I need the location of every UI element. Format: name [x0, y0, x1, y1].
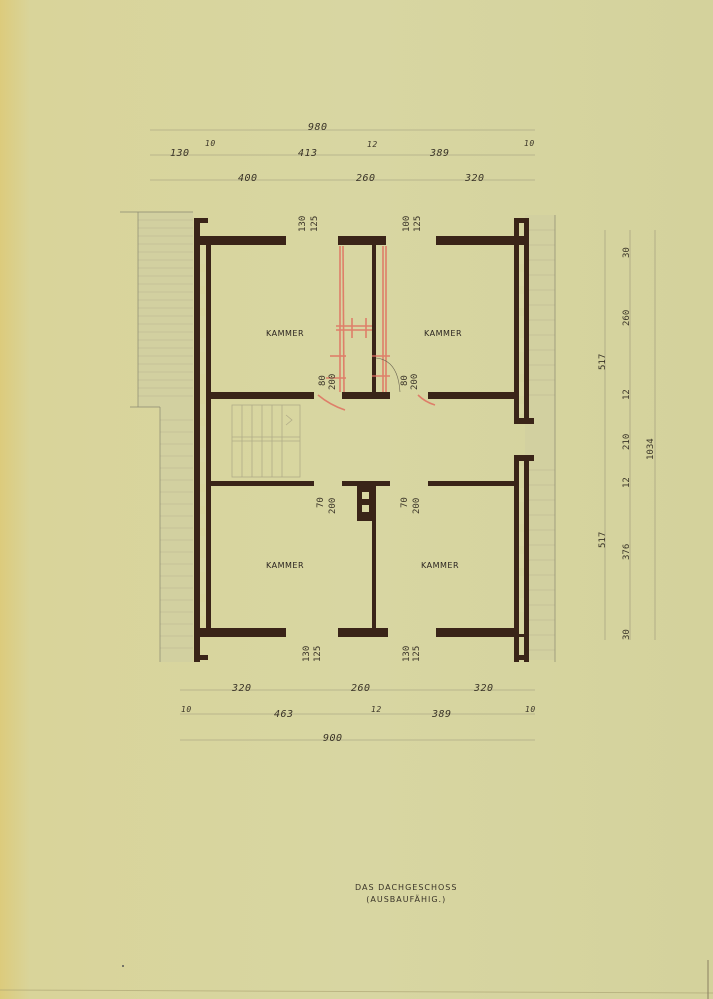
bottom-overall-dimension: 900: [323, 733, 343, 744]
bottom-dim-463: 463: [274, 709, 294, 720]
window-dim-top-right-a: 100: [402, 216, 412, 232]
bottom-dim-320-left: 320: [232, 683, 252, 694]
floor-plan-sheet: 980 130 10 413 12 389 10 400 260 320 130…: [0, 0, 713, 999]
window-dim-bottom-left-a: 130: [302, 646, 312, 662]
right-dim-517-top: 517: [598, 354, 608, 370]
door-dim-upper-right-a: 80: [400, 375, 410, 386]
window-dim-top-left-b: 125: [310, 216, 320, 232]
right-dim-260: 260: [622, 310, 632, 326]
bottom-dim-260: 260: [351, 683, 371, 694]
right-wall-windows: [519, 250, 524, 634]
room-label-lower-left: KAMMER: [266, 561, 304, 570]
left-eave-hatch: [120, 212, 193, 662]
door-dim-lower-left-b: 200: [328, 498, 338, 514]
top-dim-12: 12: [367, 140, 378, 149]
bottom-dim-10-left: 10: [181, 705, 192, 714]
left-wall-windows: [200, 250, 205, 616]
right-eave-hatch: [525, 215, 555, 662]
top-dim-10-left: 10: [205, 139, 216, 148]
top-dim-400: 400: [238, 173, 258, 184]
bottom-dim-320-right: 320: [474, 683, 494, 694]
bottom-dim-12: 12: [371, 705, 382, 714]
room-label-upper-right: KAMMER: [424, 329, 462, 338]
room-label-lower-right: KAMMER: [421, 561, 459, 570]
bottom-dim-10-right: 10: [525, 705, 536, 714]
top-dim-10-right: 10: [524, 139, 535, 148]
window-dim-top-left-a: 130: [298, 216, 308, 232]
door-dim-upper-left-a: 80: [318, 375, 328, 386]
right-dim-210: 210: [622, 434, 632, 450]
door-dim-lower-right-b: 200: [412, 498, 422, 514]
right-dim-30-top: 30: [622, 247, 632, 258]
top-overall-dimension: 980: [308, 122, 328, 133]
bottom-dimension-lines: [180, 690, 535, 740]
title-line-1: DAS DACHGESCHOSS: [355, 882, 457, 894]
staircase: [232, 405, 300, 477]
right-dim-376: 376: [622, 544, 632, 560]
paper-speck: [122, 965, 124, 967]
door-dim-upper-right-b: 200: [410, 374, 420, 390]
window-dim-bottom-right-b: 125: [412, 646, 422, 662]
right-dim-517-bottom: 517: [598, 532, 608, 548]
bottom-dim-389: 389: [432, 709, 452, 720]
window-dim-bottom-left-b: 125: [313, 646, 323, 662]
drawing-title: DAS DACHGESCHOSS (AUSBAUFÄHIG.): [355, 882, 457, 906]
door-dim-lower-right-a: 70: [400, 497, 410, 508]
top-dim-130: 130: [170, 148, 190, 159]
door-dim-lower-left-a: 70: [316, 497, 326, 508]
top-dim-413: 413: [298, 148, 318, 159]
door-dim-upper-left-b: 200: [328, 374, 338, 390]
window-dim-bottom-right-a: 130: [402, 646, 412, 662]
right-dim-12-bottom: 12: [622, 477, 632, 488]
walls: [194, 218, 534, 662]
top-dim-260: 260: [356, 173, 376, 184]
right-dim-30-bottom: 30: [622, 629, 632, 640]
room-label-upper-left: KAMMER: [266, 329, 304, 338]
top-dim-320: 320: [465, 173, 485, 184]
floor-plan-drawing: [0, 0, 713, 999]
right-dim-12-top: 12: [622, 389, 632, 400]
top-dim-389: 389: [430, 148, 450, 159]
right-dim-total: 1034: [646, 438, 656, 460]
window-dim-top-right-b: 125: [413, 216, 423, 232]
title-line-2: (AUSBAUFÄHIG.): [355, 894, 457, 906]
